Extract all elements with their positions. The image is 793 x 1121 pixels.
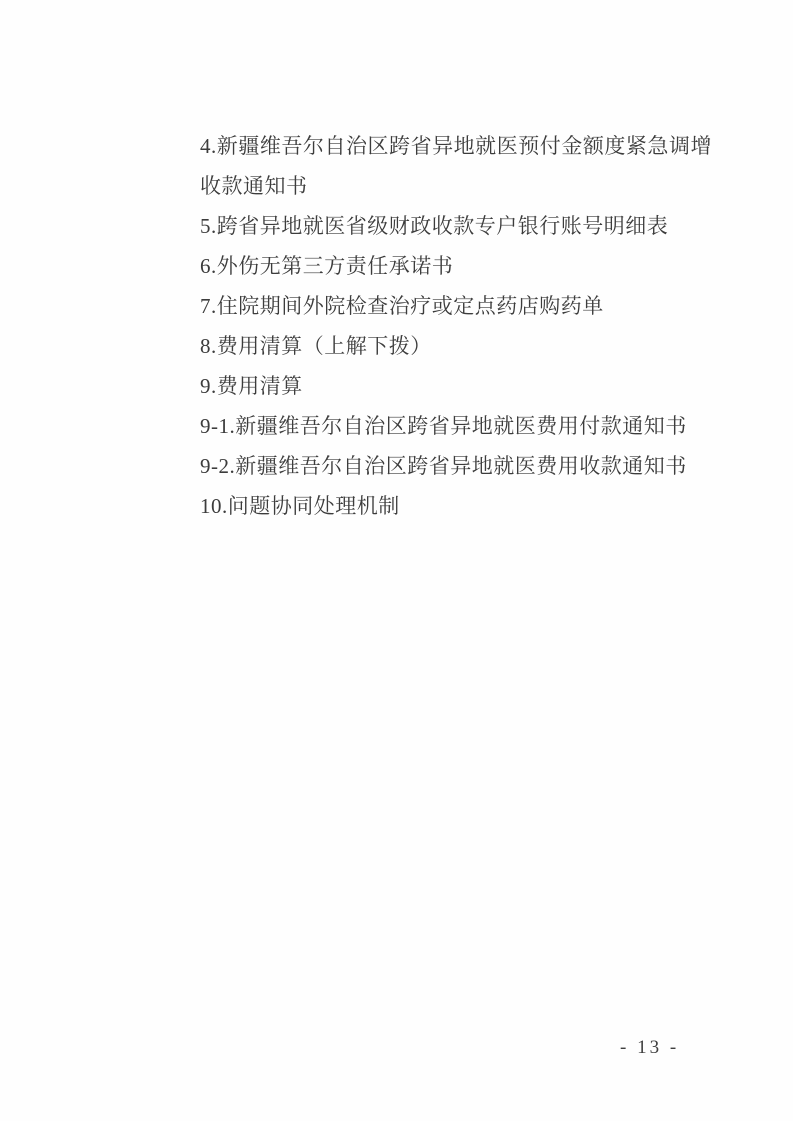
list-item-line: 5.跨省异地就医省级财政收款专户银行账号明细表 (200, 206, 712, 246)
list-item: 9-1.新疆维吾尔自治区跨省异地就医费用付款通知书 (200, 406, 712, 446)
list-item: 6.外伤无第三方责任承诺书 (200, 246, 712, 286)
list-item: 10.问题协同处理机制 (200, 486, 712, 526)
list-item-line: 10.问题协同处理机制 (200, 486, 712, 526)
list-item-line: 7.住院期间外院检查治疗或定点药店购药单 (200, 286, 712, 326)
list-item-line: 9-1.新疆维吾尔自治区跨省异地就医费用付款通知书 (200, 406, 712, 446)
list-item-line: 9-2.新疆维吾尔自治区跨省异地就医费用收款通知书 (200, 446, 712, 486)
list-item: 8.费用清算（上解下拨） (200, 326, 712, 366)
list-item-line: 4.新疆维吾尔自治区跨省异地就医预付金额度紧急调增 (200, 126, 712, 166)
list-item-line: 8.费用清算（上解下拨） (200, 326, 712, 366)
list-item: 5.跨省异地就医省级财政收款专户银行账号明细表 (200, 206, 712, 246)
page-number: - 13 - (620, 1036, 679, 1060)
list-item: 9.费用清算 (200, 366, 712, 406)
list-item-line: 收款通知书 (200, 166, 712, 206)
list-item: 9-2.新疆维吾尔自治区跨省异地就医费用收款通知书 (200, 446, 712, 486)
list-item-line: 9.费用清算 (200, 366, 712, 406)
document-list: 4.新疆维吾尔自治区跨省异地就医预付金额度紧急调增收款通知书5.跨省异地就医省级… (200, 126, 712, 526)
document-page: 4.新疆维吾尔自治区跨省异地就医预付金额度紧急调增收款通知书5.跨省异地就医省级… (0, 0, 793, 1121)
list-item: 4.新疆维吾尔自治区跨省异地就医预付金额度紧急调增收款通知书 (200, 126, 712, 206)
list-item-line: 6.外伤无第三方责任承诺书 (200, 246, 712, 286)
list-item: 7.住院期间外院检查治疗或定点药店购药单 (200, 286, 712, 326)
